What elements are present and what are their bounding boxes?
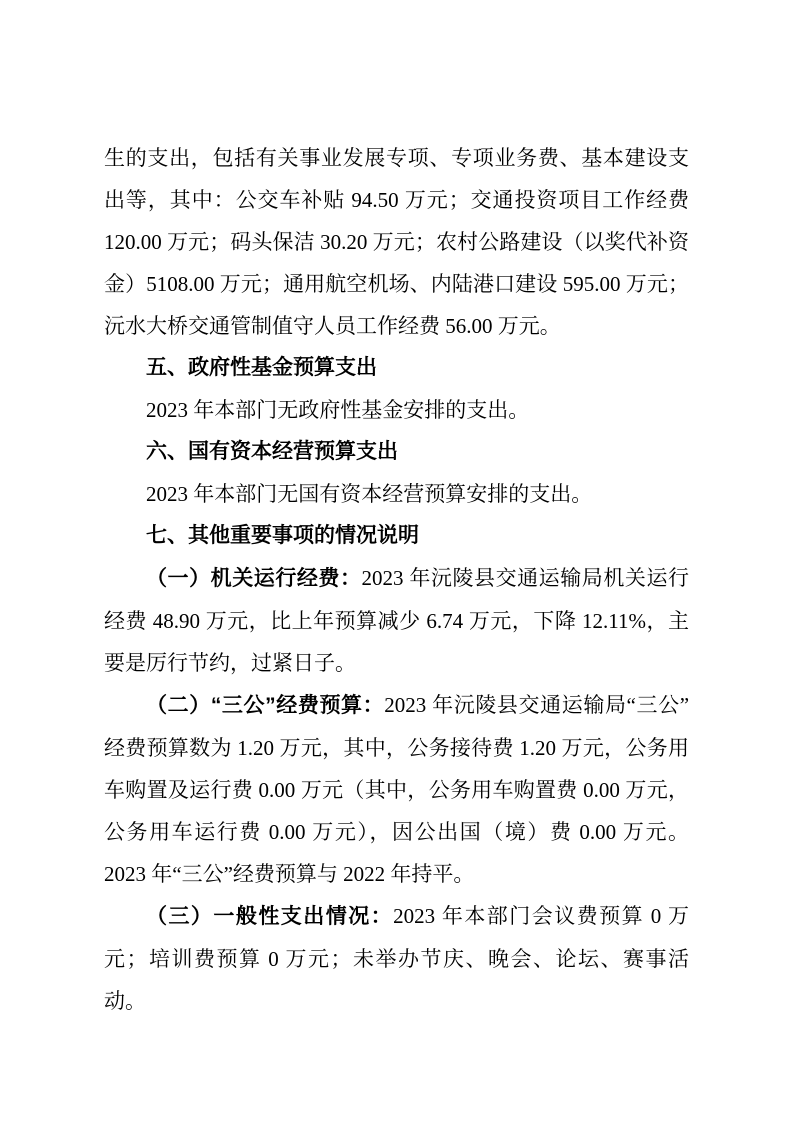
paragraph-expenditure-detail: 生的支出，包括有关事业发展专项、专项业务费、基本建设支出等，其中：公交车补贴 9… [104, 137, 689, 347]
section-heading-gov-fund-budget: 五、政府性基金预算支出 [104, 347, 689, 389]
paragraph-operating-funds-lead: （一）机关运行经费： [146, 567, 362, 590]
paragraph-gov-fund-budget: 2023 年本部门无政府性基金安排的支出。 [104, 389, 689, 431]
paragraph-three-public-expenses-text: 2023 年沅陵县交通运输局“三公”经费预算数为 1.20 万元，其中，公务接待… [104, 693, 689, 886]
document-page: 生的支出，包括有关事业发展专项、专项业务费、基本建设支出等，其中：公交车补贴 9… [0, 0, 793, 1122]
paragraph-general-expenditure-lead: （三）一般性支出情况： [146, 905, 393, 928]
paragraph-general-expenditure: （三）一般性支出情况：2023 年本部门会议费预算 0 万元；培训费预算 0 万… [104, 895, 689, 1022]
paragraph-state-capital-budget: 2023 年本部门无国有资本经营预算安排的支出。 [104, 473, 689, 515]
section-heading-state-capital-budget: 六、国有资本经营预算支出 [104, 431, 689, 473]
section-heading-other-important-matters: 七、其他重要事项的情况说明 [104, 515, 689, 557]
paragraph-three-public-expenses-lead: （二）“三公”经费预算： [146, 694, 384, 717]
document-content: 生的支出，包括有关事业发展专项、专项业务费、基本建设支出等，其中：公交车补贴 9… [104, 137, 689, 1022]
paragraph-operating-funds: （一）机关运行经费：2023 年沅陵县交通运输局机关运行经费 48.90 万元，… [104, 557, 689, 684]
paragraph-three-public-expenses: （二）“三公”经费预算：2023 年沅陵县交通运输局“三公”经费预算数为 1.2… [104, 684, 689, 895]
